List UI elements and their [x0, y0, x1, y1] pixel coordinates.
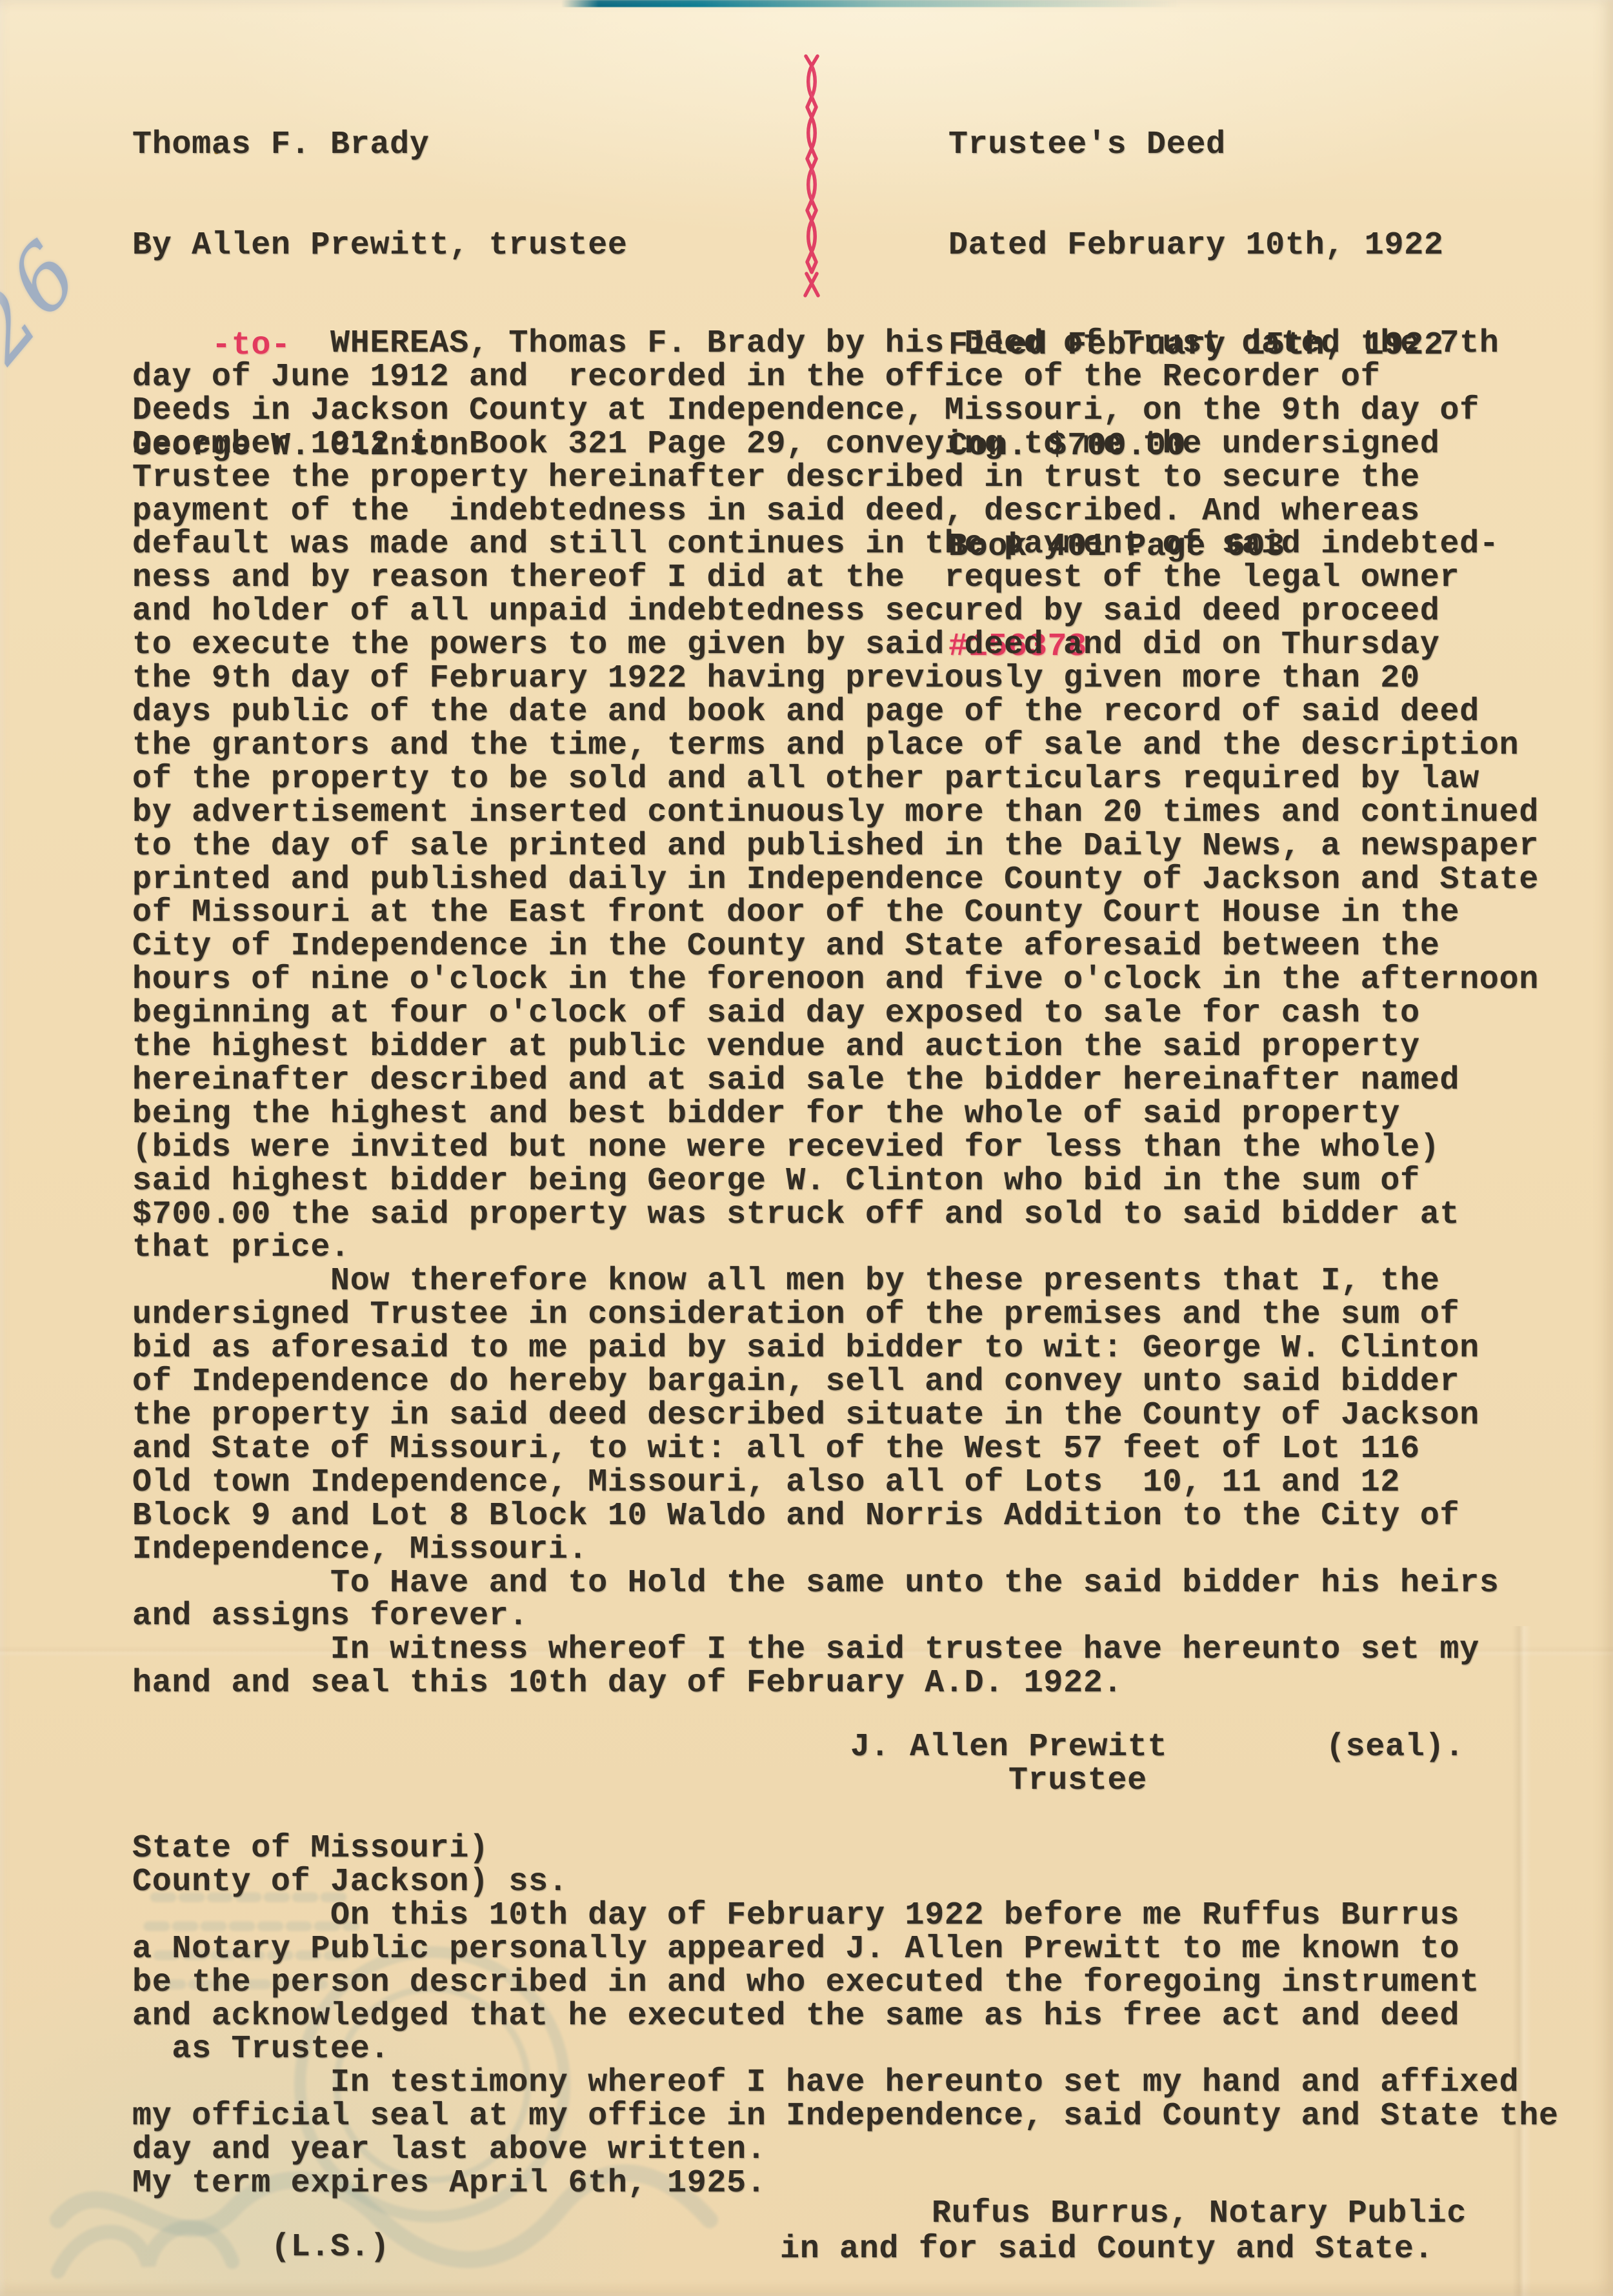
- pencil-page-number: 26: [0, 225, 92, 374]
- deed-dated: Dated February 10th, 1922: [948, 229, 1444, 263]
- deed-type: Trustee's Deed: [948, 128, 1444, 162]
- scanner-edge-artifact: [561, 0, 1181, 7]
- notary-signature-name: Rufus Burrus, Notary Public: [932, 2197, 1467, 2231]
- trustee-signature-line: J. Allen Prewitt (seal).: [850, 1731, 1465, 1764]
- notary-signature-jurisdiction: in and for said County and State.: [780, 2233, 1434, 2266]
- red-chain-stitch-line: [799, 54, 825, 299]
- trustee-signature-title: Trustee: [1008, 1764, 1147, 1798]
- deed-body-text: WHEREAS, Thomas F. Brady by his Deed of …: [132, 327, 1539, 1700]
- ls-seal-mark: (L.S.): [271, 2231, 390, 2264]
- grantor-trustee-line: By Allen Prewitt, trustee: [132, 229, 628, 263]
- grantor-name: Thomas F. Brady: [132, 128, 628, 162]
- notary-acknowledgment-block: State of Missouri) County of Jackson) ss…: [132, 1832, 1559, 2200]
- scanned-deed-page: 26 Thomas F. Brady By Allen Prewitt, tru…: [0, 0, 1613, 2296]
